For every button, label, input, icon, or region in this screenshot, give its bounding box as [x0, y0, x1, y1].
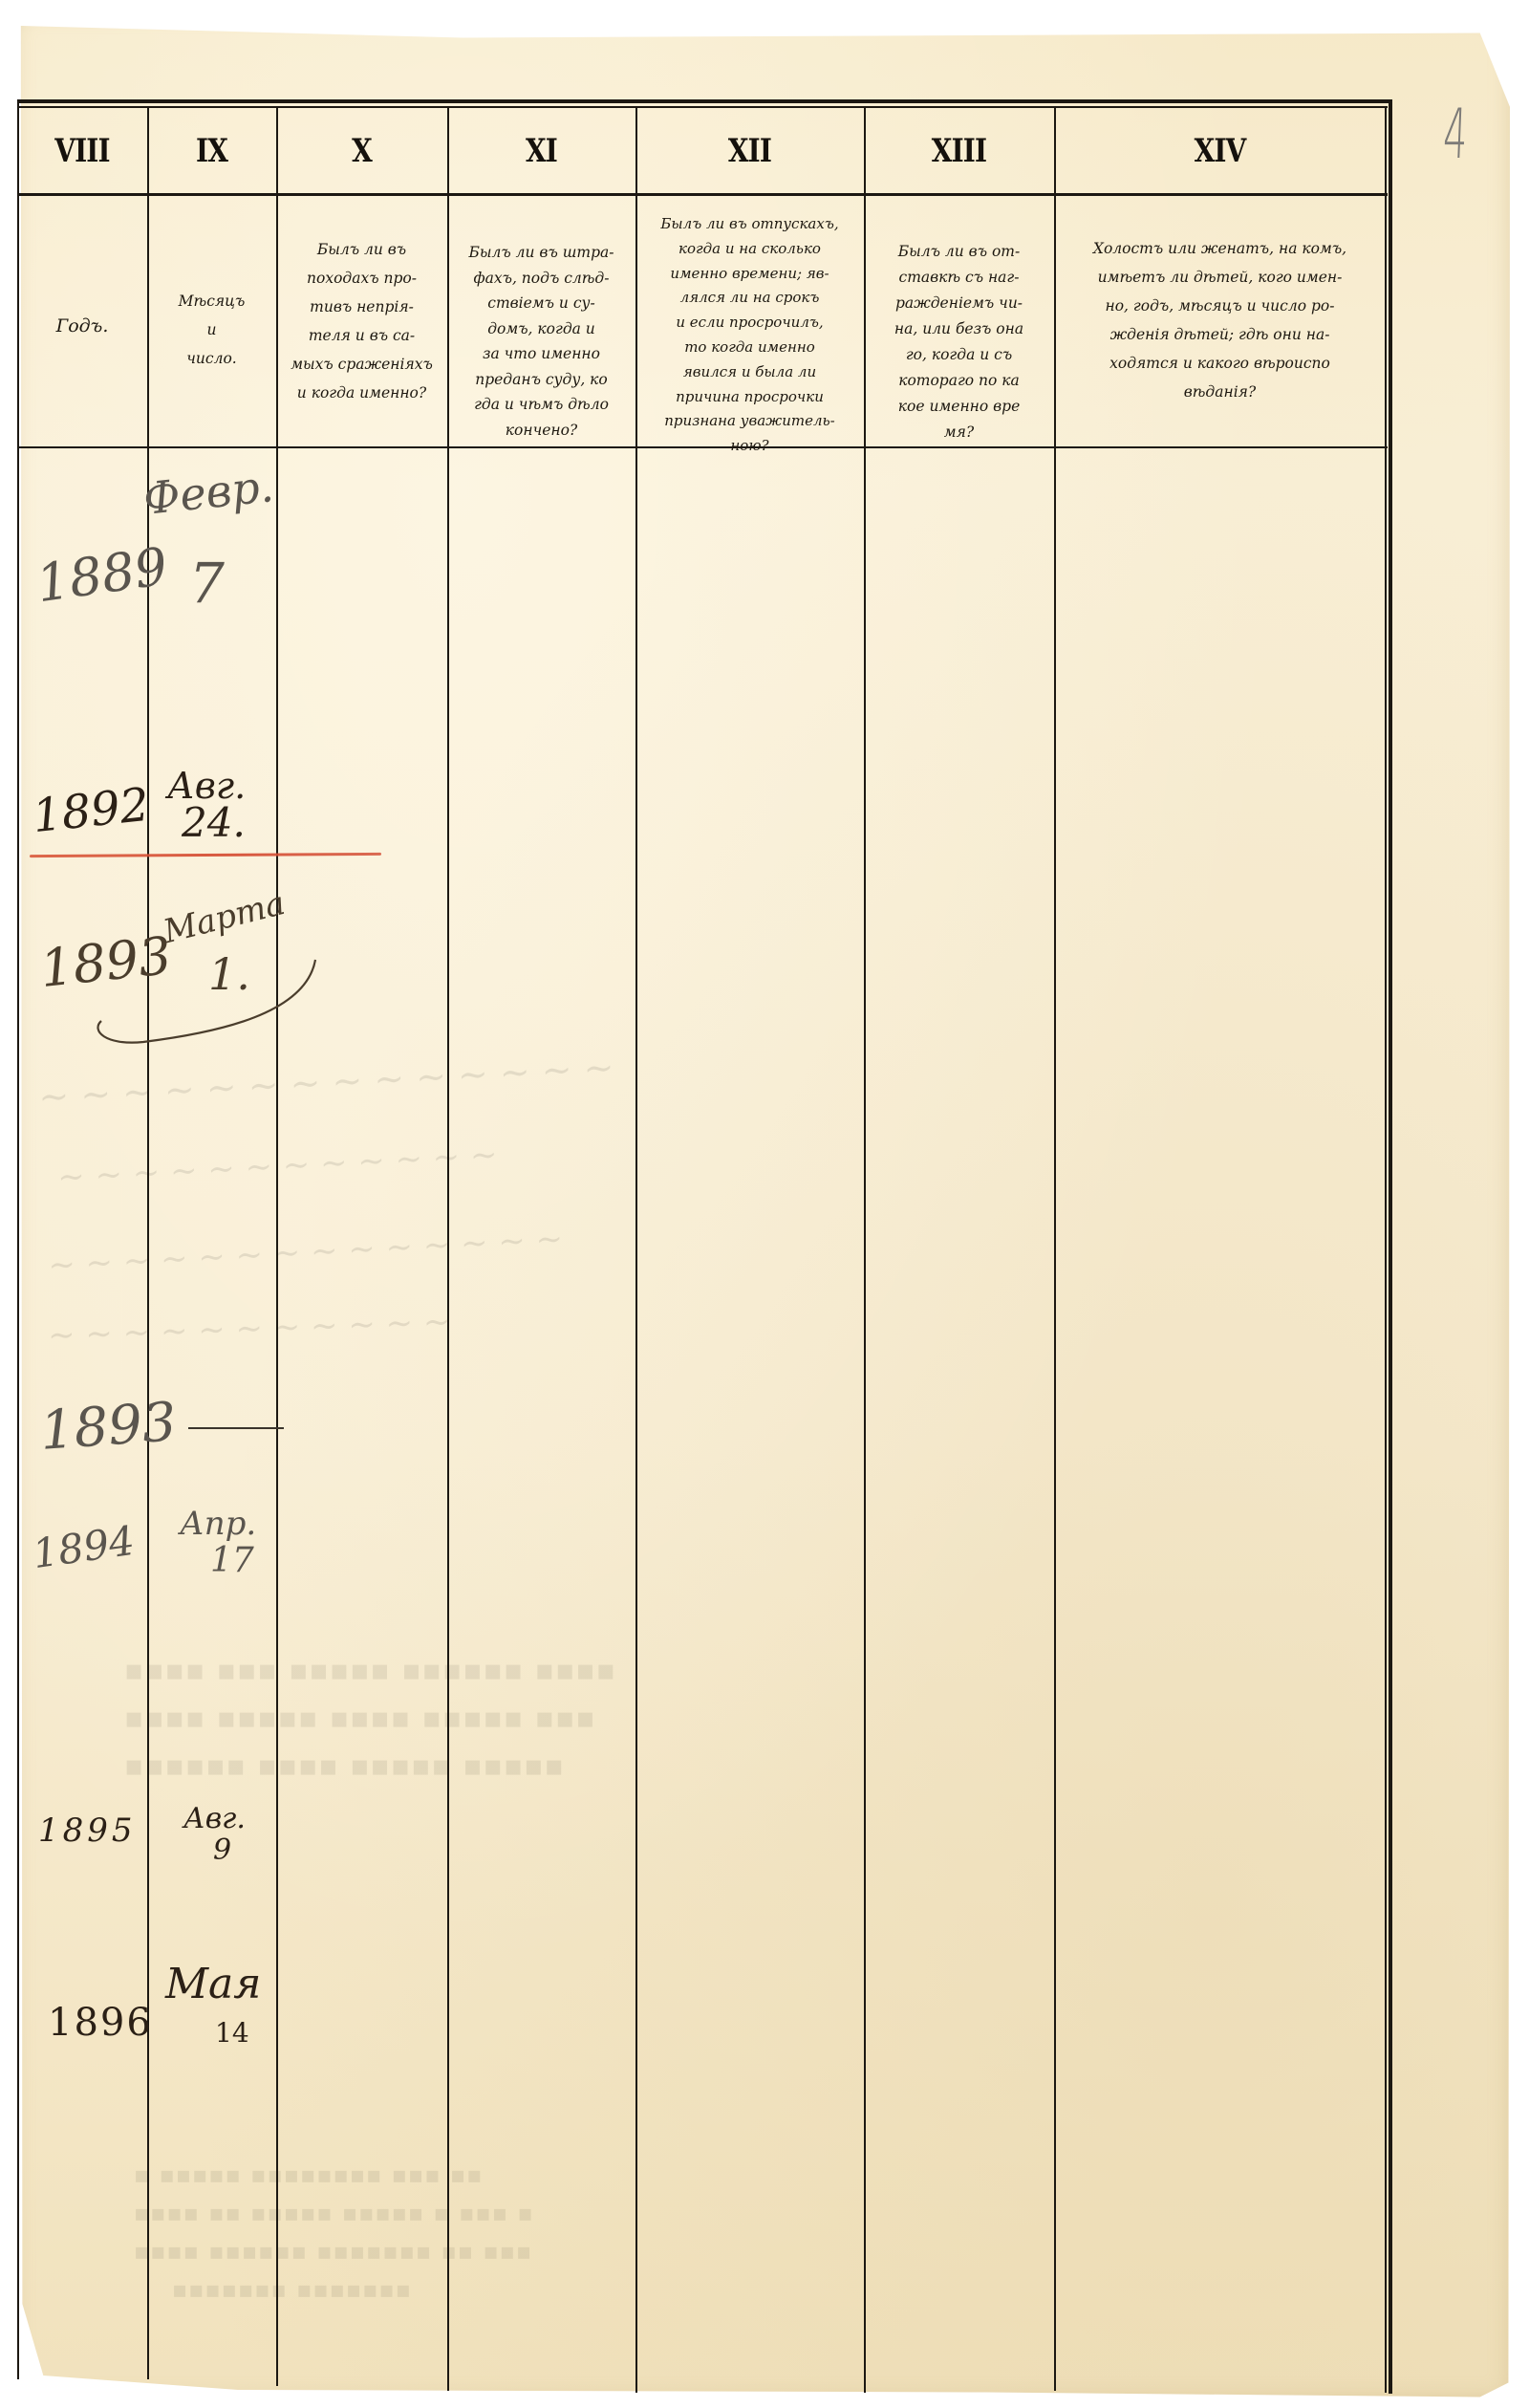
entry-day-1896: 14	[215, 2017, 249, 2049]
entry-year-1895: 1895	[38, 1811, 137, 1850]
entry-month-blank-dash	[188, 1427, 284, 1429]
entry-year-1893-second: 1893	[38, 1391, 179, 1463]
entry-month-1896: Мая	[165, 1960, 261, 2008]
entry-day-1895: 9	[213, 1833, 231, 1867]
entry-day-1894: 17	[210, 1541, 254, 1580]
entry-month-1894: Апр.	[180, 1505, 256, 1543]
entry-month-1895: Авг.	[183, 1802, 246, 1835]
entry-year-1896: 1896	[48, 2001, 153, 2045]
